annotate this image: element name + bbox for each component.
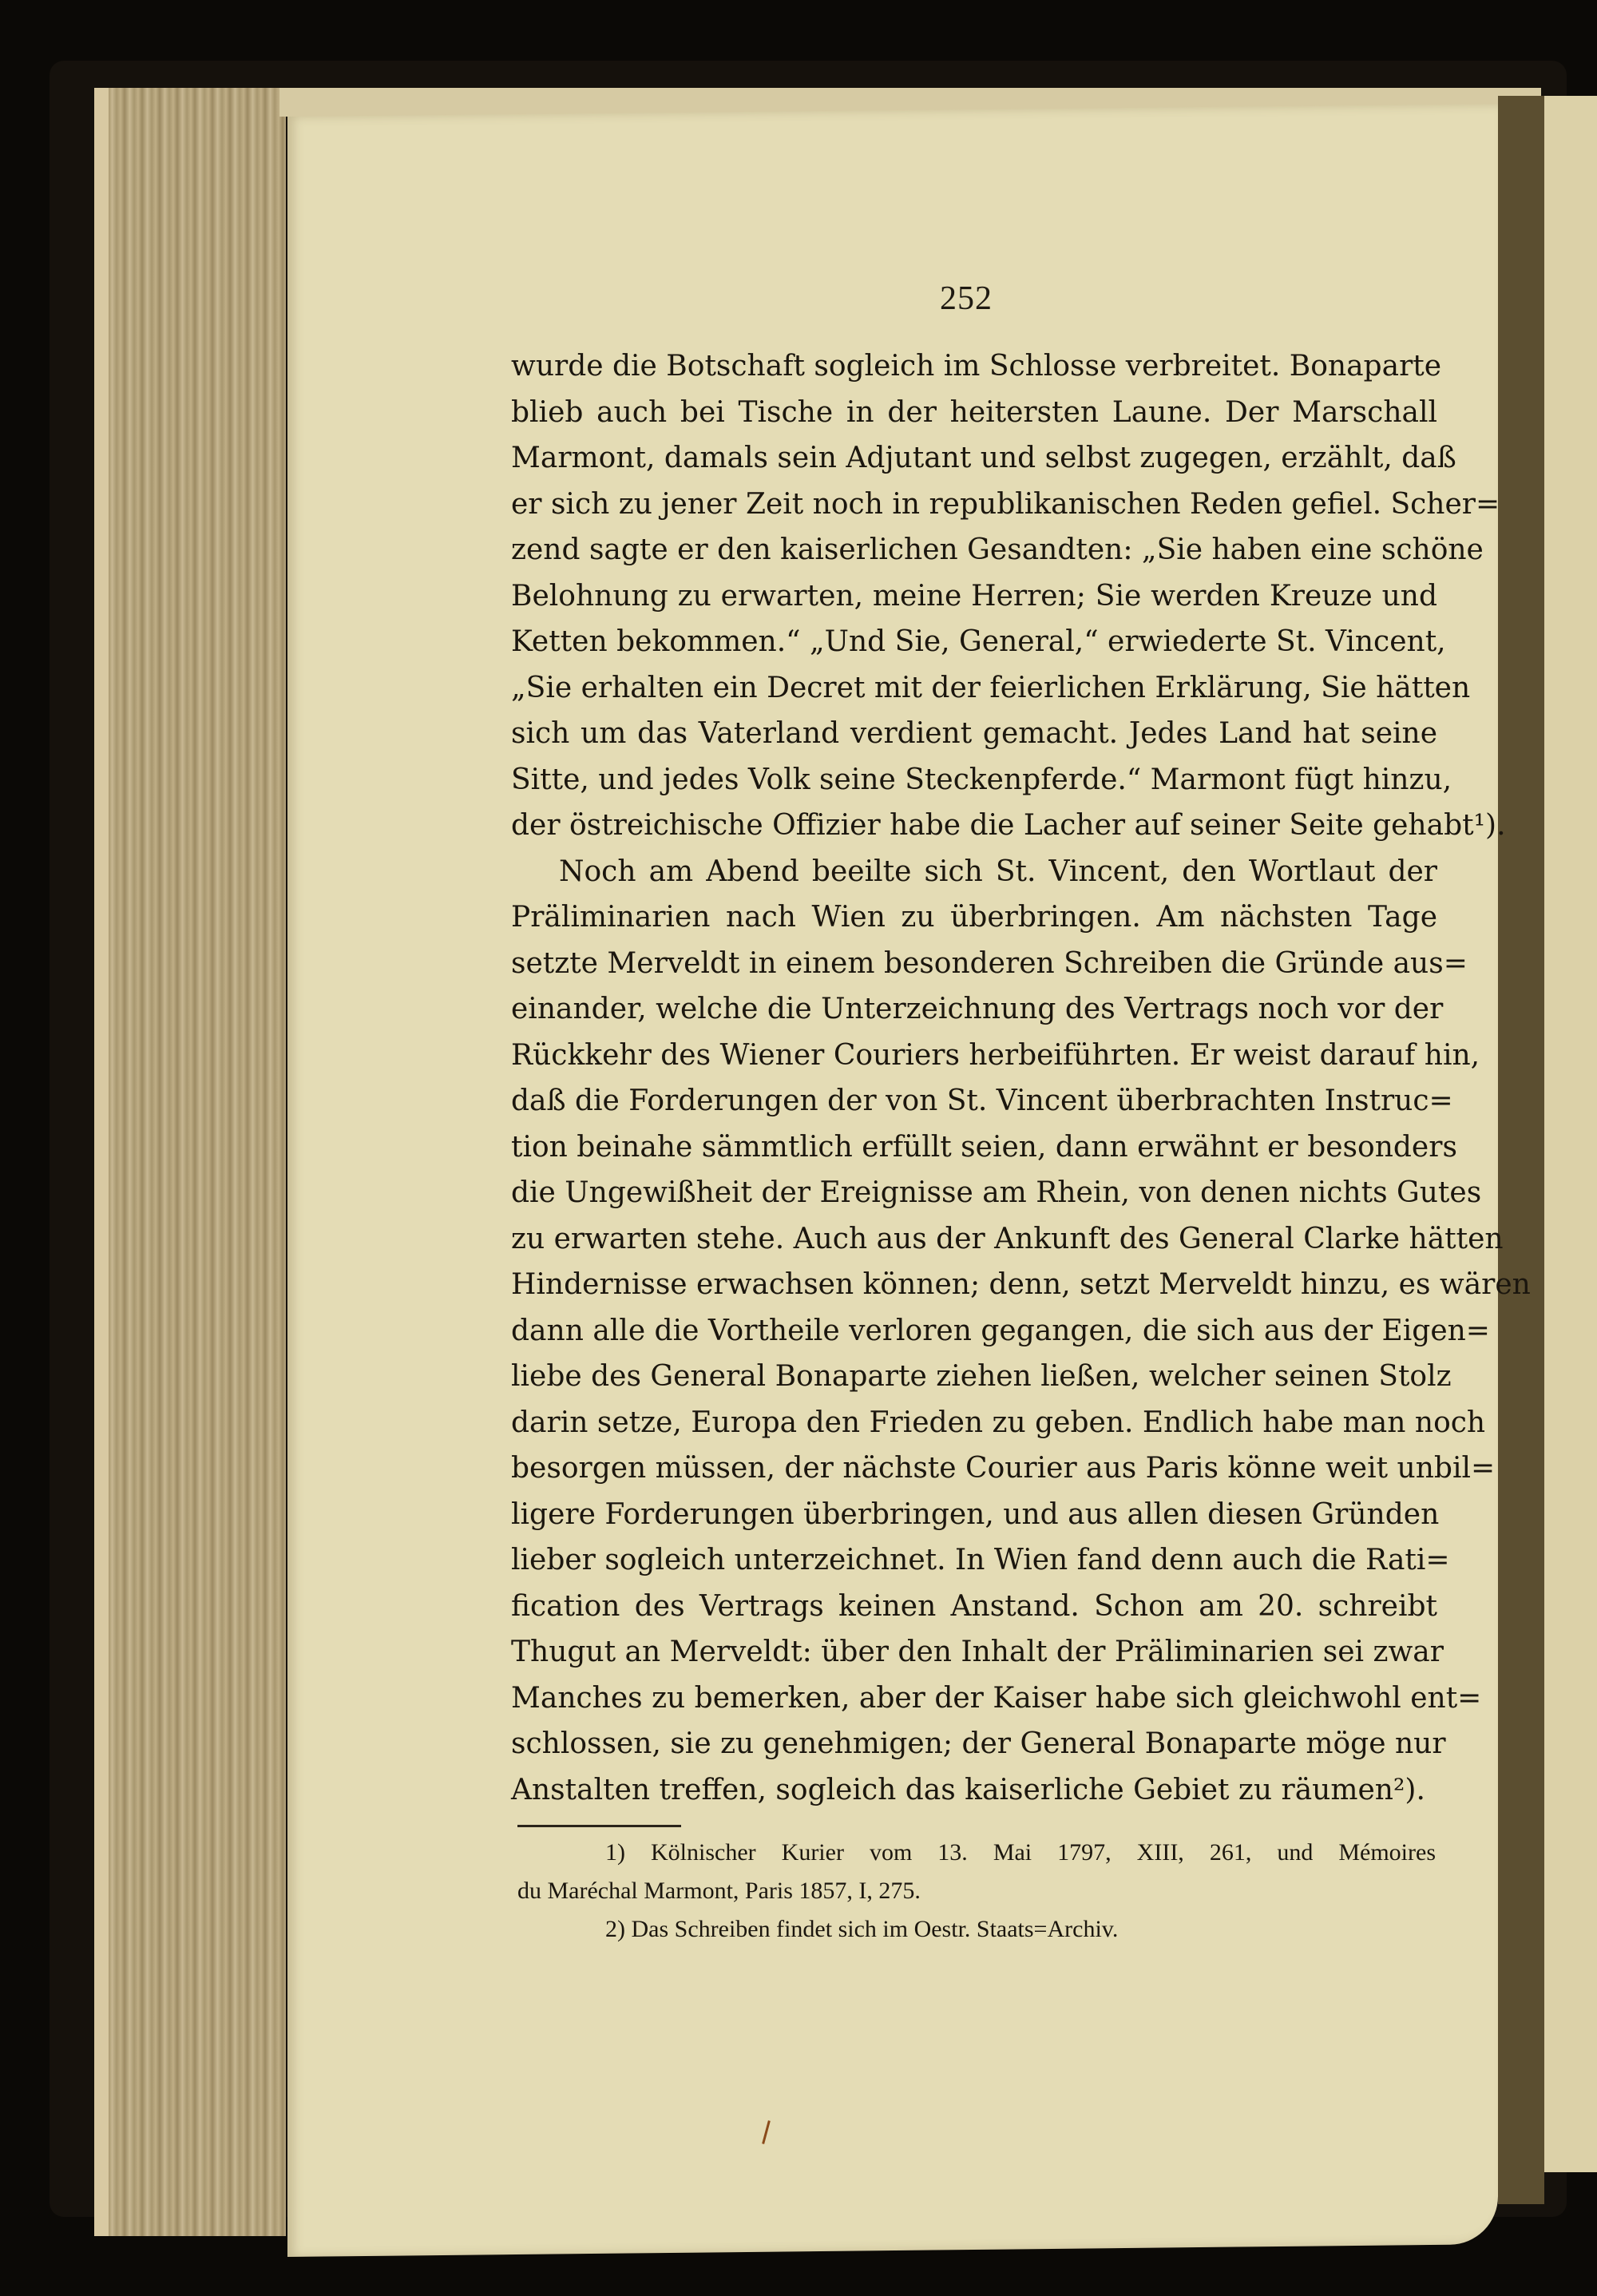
text-line: Ketten bekommen.“ „Und Sie, General,“ er… [511, 619, 1437, 665]
footnotes: 1) Kölnischer Kurier vom 13. Mai 1797, X… [517, 1834, 1436, 1949]
text-line: Marmont, damals sein Adjutant und selbst… [511, 435, 1437, 482]
footnote-1-continued: du Maréchal Marmont, Paris 1857, I, 275. [517, 1872, 1436, 1910]
text-line: Anstalten treffen, sogleich das kaiserli… [511, 1767, 1437, 1814]
text-line: die Ungewißheit der Ereignisse am Rhein,… [511, 1170, 1437, 1216]
text-line: tion beinahe sämmtlich erfüllt seien, da… [511, 1124, 1437, 1171]
text-line: Sitte, und jedes Volk seine Steckenpferd… [511, 757, 1437, 803]
text-line: zend sagte er den kaiserlichen Gesandten… [511, 527, 1437, 573]
paragraph-start-line: Noch am Abend beeilte sich St. Vincent, … [511, 849, 1437, 895]
endpaper-edge [94, 88, 109, 2236]
text-line: liebe des General Bonaparte ziehen ließe… [511, 1354, 1437, 1400]
footnote-1: 1) Kölnischer Kurier vom 13. Mai 1797, X… [517, 1834, 1436, 1872]
text-line: schlossen, sie zu genehmigen; der Genera… [511, 1721, 1437, 1767]
text-line: Manches zu bemerken, aber der Kaiser hab… [511, 1675, 1437, 1722]
gutter-shadow [1498, 96, 1544, 2204]
text-line: Thugut an Merveldt: über den Inhalt der … [511, 1629, 1437, 1675]
text-line: dann alle die Vortheile verloren gegange… [511, 1308, 1437, 1354]
text-line: fication des Vertrags keinen Anstand. Sc… [511, 1584, 1437, 1630]
text-line: zu erwarten stehe. Auch aus der Ankunft … [511, 1216, 1437, 1263]
page-number: 252 [902, 280, 1030, 318]
text-line: ligere Forderungen überbringen, und aus … [511, 1492, 1437, 1538]
footnote-2: 2) Das Schreiben findet sich im Oestr. S… [517, 1910, 1436, 1949]
text-line: setzte Merveldt in einem besonderen Schr… [511, 941, 1437, 987]
text-line: sich um das Vaterland verdient gemacht. … [511, 711, 1437, 757]
body-text: wurde die Botschaft sogleich im Schlosse… [511, 343, 1437, 1813]
text-line: besorgen müssen, der nächste Courier aus… [511, 1445, 1437, 1492]
text-line: darin setze, Europa den Frieden zu geben… [511, 1400, 1437, 1446]
text-line: einander, welche die Unterzeichnung des … [511, 986, 1437, 1033]
text-line: „Sie erhalten ein Decret mit der feierli… [511, 665, 1437, 712]
text-line: Präliminarien nach Wien zu überbringen. … [511, 894, 1437, 941]
text-line: Belohnung zu erwarten, meine Herren; Sie… [511, 573, 1437, 620]
text-line: der östreichische Offizier habe die Lach… [511, 803, 1437, 849]
footnote-separator [517, 1825, 681, 1827]
text-line: lieber sogleich unterzeichnet. In Wien f… [511, 1537, 1437, 1584]
text-line: Hindernisse erwachsen können; denn, setz… [511, 1262, 1437, 1308]
facing-page-edge [1544, 96, 1597, 2172]
text-line: blieb auch bei Tische in der heitersten … [511, 390, 1437, 436]
page-stack-edges [94, 88, 286, 2236]
text-line: wurde die Botschaft sogleich im Schlosse… [511, 343, 1437, 390]
text-line: daß die Forderungen der von St. Vincent … [511, 1078, 1437, 1124]
text-line: Rückkehr des Wiener Couriers herbeiführt… [511, 1033, 1437, 1079]
text-line: er sich zu jener Zeit noch in republikan… [511, 482, 1437, 528]
